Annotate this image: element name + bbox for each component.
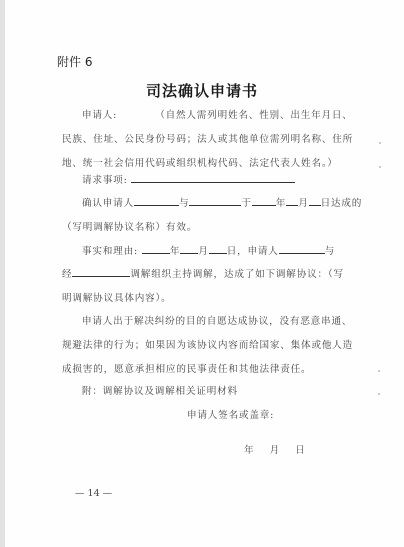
month-text: 月 (298, 198, 308, 209)
request-line: 请求事项: (82, 172, 295, 186)
date-month: 月 (270, 445, 280, 456)
declaration-line-1: 申请人出于解决纠纷的目的自愿达成协议，没有恶意串通、 (82, 313, 352, 327)
facts-line-1: 事实和理由: 年月日，申请人与 (82, 243, 335, 257)
confirm-line-2: （写明调解协议名称）有效。 (62, 219, 197, 233)
declaration-line-2: 规避法律的行为；如果因为该协议内容而给国家、集体或他人造 (62, 337, 353, 351)
party-a-blank[interactable] (134, 196, 179, 206)
facts-party-blank[interactable] (279, 244, 325, 254)
request-label: 请求事项: (82, 175, 128, 186)
on-text: 于 (241, 198, 251, 209)
declaration-line-3: 成损害的，愿意承担相应的民事责任和其他法律责任。 (62, 361, 311, 375)
applicant-line: 申请人:（自然人需列明姓名、性别、出生年月日、 (82, 107, 353, 121)
confirm-line-1: 确认申请人与于年月日达成的 (82, 195, 362, 209)
applicant-label: 申请人: (82, 110, 117, 121)
year-text: 年 (276, 198, 286, 209)
page-number: — 14 — (75, 488, 112, 499)
facts-year-blank[interactable] (142, 244, 170, 254)
document-title: 司法确认申请书 (0, 80, 404, 101)
applicant-note-1: （自然人需列明姓名、性别、出生年月日、 (155, 110, 352, 121)
facts-year-text: 年 (170, 246, 180, 257)
scan-speck (378, 393, 380, 395)
date-year: 年 (244, 445, 254, 456)
facts-label: 事实和理由: (82, 246, 138, 257)
facts-line-2: 经调解组织主持调解，达成了如下调解协议：（写 (62, 266, 344, 280)
attachment-note: 附：调解协议及调解相关证明材料 (82, 383, 238, 397)
via-text: 经 (62, 269, 72, 280)
signature-date: 年月日 (244, 442, 305, 456)
signature-label: 申请人签名或盖章: (187, 407, 274, 421)
reached-text: 日达成的 (321, 198, 363, 209)
confirm-text: 确认申请人 (82, 198, 134, 209)
with-text: 与 (179, 198, 189, 209)
party-b-blank[interactable] (189, 196, 241, 206)
mediation-text: 调解组织主持调解，达成了如下调解协议：（写 (130, 269, 343, 280)
day-blank[interactable] (309, 196, 321, 206)
mediation-org-blank[interactable] (72, 267, 130, 277)
scan-speck (379, 142, 381, 144)
attachment-label: 附件 6 (57, 53, 92, 70)
facts-month-text: 月 (198, 246, 208, 257)
facts-month-blank[interactable] (180, 244, 198, 254)
applicant-note-3: 地、统一社会信用代码或组织机构代码、法定代表人姓名。） (62, 155, 338, 169)
facts-with-text: 与 (325, 246, 335, 257)
request-blank[interactable] (131, 173, 295, 183)
month-blank[interactable] (286, 196, 298, 206)
facts-day-text: 日，申请人 (227, 246, 279, 257)
scan-speck (378, 370, 380, 372)
date-day: 日 (295, 445, 305, 456)
year-blank[interactable] (252, 196, 276, 206)
applicant-note-2: 民族、住址、公民身份号码；法人或其他单位需列明名称、住所 (62, 131, 353, 145)
facts-line-3: 明调解协议具体内容）。 (62, 290, 172, 304)
facts-day-blank[interactable] (209, 244, 227, 254)
scan-speck (379, 166, 381, 168)
